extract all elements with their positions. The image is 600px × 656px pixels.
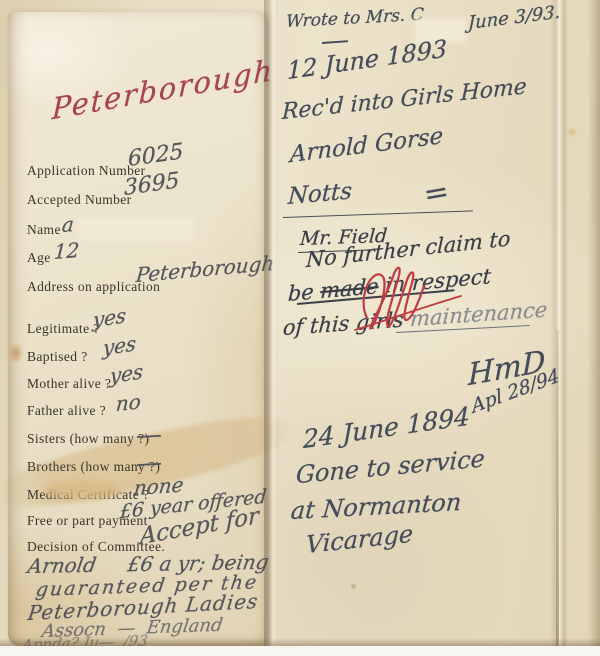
value-mother-alive: yes	[109, 359, 144, 388]
label-baptised: Baptised ?	[27, 349, 88, 365]
label-age: Age	[27, 250, 51, 266]
scanned-document: Wrote to Mrs. C June 3/93. 12 June 1893 …	[0, 0, 600, 656]
rule-line	[283, 210, 473, 218]
entry3-line2: at Normanton	[290, 488, 463, 525]
entry1-date: 12 June 1893	[287, 34, 447, 85]
value-father-alive: no	[115, 389, 141, 416]
ditto-mark: =	[421, 174, 452, 213]
scan-background-strip	[0, 646, 600, 656]
stain-over-label	[44, 480, 122, 500]
entry3-line3: Vicarage	[306, 520, 414, 560]
stain-spot	[566, 126, 578, 138]
paper-bottom-shadow	[0, 638, 600, 646]
fold-crease-middle	[264, 0, 278, 656]
label-mother-alive: Mother alive ?	[27, 376, 111, 392]
value-baptised: yes	[102, 331, 137, 360]
red-ink-scribble	[335, 256, 510, 348]
paper-right-edge	[588, 0, 600, 656]
value-age: 12	[53, 238, 80, 264]
label-name: Name	[27, 222, 61, 238]
label-father-alive: Father alive ?	[27, 403, 106, 419]
entry1-line2: Arnold Gorse	[290, 123, 444, 168]
entry3-date: 24 June 1894	[303, 401, 470, 454]
fold-crease-right	[550, 0, 568, 656]
value-sisters: —	[135, 420, 163, 451]
stain-spot	[350, 583, 357, 590]
label-legitimate: Legitimate ?	[27, 321, 100, 337]
redaction-patch	[80, 220, 192, 239]
note-wrote-date: June 3/93.	[468, 2, 561, 35]
entry1-line1: Rec'd into Girls Home	[282, 74, 528, 125]
label-sisters: Sisters (how many ?)	[27, 431, 149, 447]
value-name: a	[61, 212, 75, 237]
label-accepted-number: Accepted Number	[27, 192, 132, 208]
note-wrote-to: Wrote to Mrs. C	[285, 5, 424, 32]
value-legitimate: yes	[92, 303, 127, 332]
entry1-line3: Notts	[287, 178, 352, 210]
stain-spot	[8, 342, 24, 364]
underline-mark	[322, 40, 348, 43]
